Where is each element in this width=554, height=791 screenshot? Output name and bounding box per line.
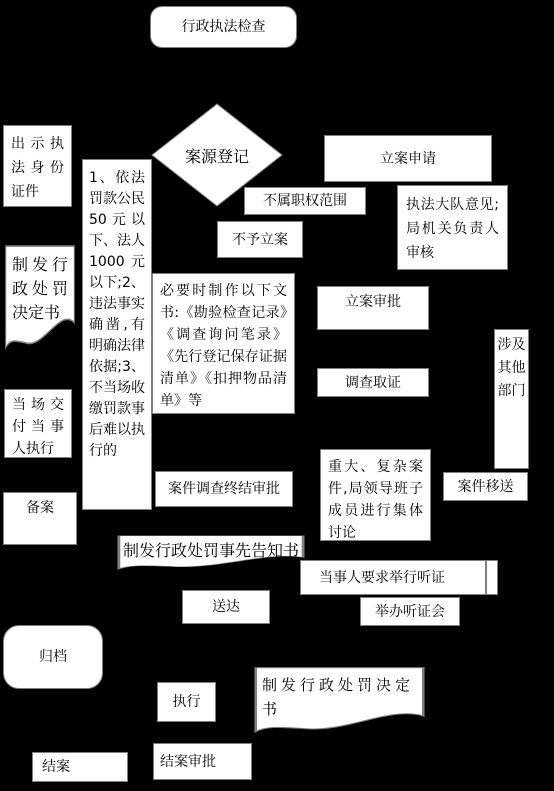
document-label: 制发行政处罚决定书 (5, 245, 75, 333)
node-record: 备案 (3, 492, 77, 545)
document-label: 制发行政处罚事先告知书 (117, 535, 305, 561)
node-archive-terminator: 归档 (3, 625, 103, 689)
document-label: 制发行政处罚决定书 (254, 667, 425, 727)
node-make-decision-document: 制发行政处罚决定书 (5, 245, 75, 353)
node-investigation-conclusion-approval: 案件调查终结审批 (155, 471, 293, 507)
node-necessary-documents: 必要时制作以下文书:《勘验检查记录》《调查询问笔录》《先行登记保存证据清单》《扣… (152, 273, 295, 414)
diamond-label: 案源登记 (151, 103, 283, 207)
node-case-closing-approval: 结案审批 (153, 743, 252, 780)
node-hold-hearing: 举办听证会 (360, 597, 460, 626)
node-filing-approval: 立案审批 (317, 286, 429, 330)
flowchart-canvas: 行政执法检查 案源登记 立案申请 出示执法身份证件 不属职权范围 执法大队意见;… (0, 0, 554, 791)
node-squad-opinion: 执法大队意见;局机关负责人审核 (397, 185, 508, 270)
node-delivery: 送达 (182, 590, 270, 624)
node-party-requests-hearing: 当事人要求举行听证 (300, 560, 486, 595)
node-case-closed: 结案 (32, 752, 128, 782)
node-prior-notice-document: 制发行政处罚事先告知书 (117, 535, 305, 571)
node-major-cases-discussion: 重大、复杂案件,局领导班子成员进行集体讨论 (320, 449, 431, 541)
node-other-departments: 涉及其他部门 (494, 329, 529, 469)
node-no-filing: 不予立案 (217, 221, 303, 258)
node-show-credentials: 出示执法身份证件 (3, 125, 72, 207)
node-case-transfer: 案件移送 (443, 472, 528, 501)
node-on-spot-execution: 当场交付当事人执行 (4, 389, 72, 458)
node-case-source-registration-diamond: 案源登记 (151, 103, 283, 207)
node-investigation: 调查取证 (317, 368, 429, 397)
node-penalty-conditions: 1、依法罚款公民50元以下、法人1000元以下;2、违法事实确凿,有明确法律依据… (82, 159, 152, 510)
node-execute: 执行 (157, 682, 216, 722)
node-small-blank-box (486, 560, 498, 595)
node-title-terminator: 行政执法检查 (150, 6, 297, 48)
node-penalty-decision-document: 制发行政处罚决定书 (254, 667, 425, 735)
node-filing-application: 立案申请 (324, 135, 492, 182)
